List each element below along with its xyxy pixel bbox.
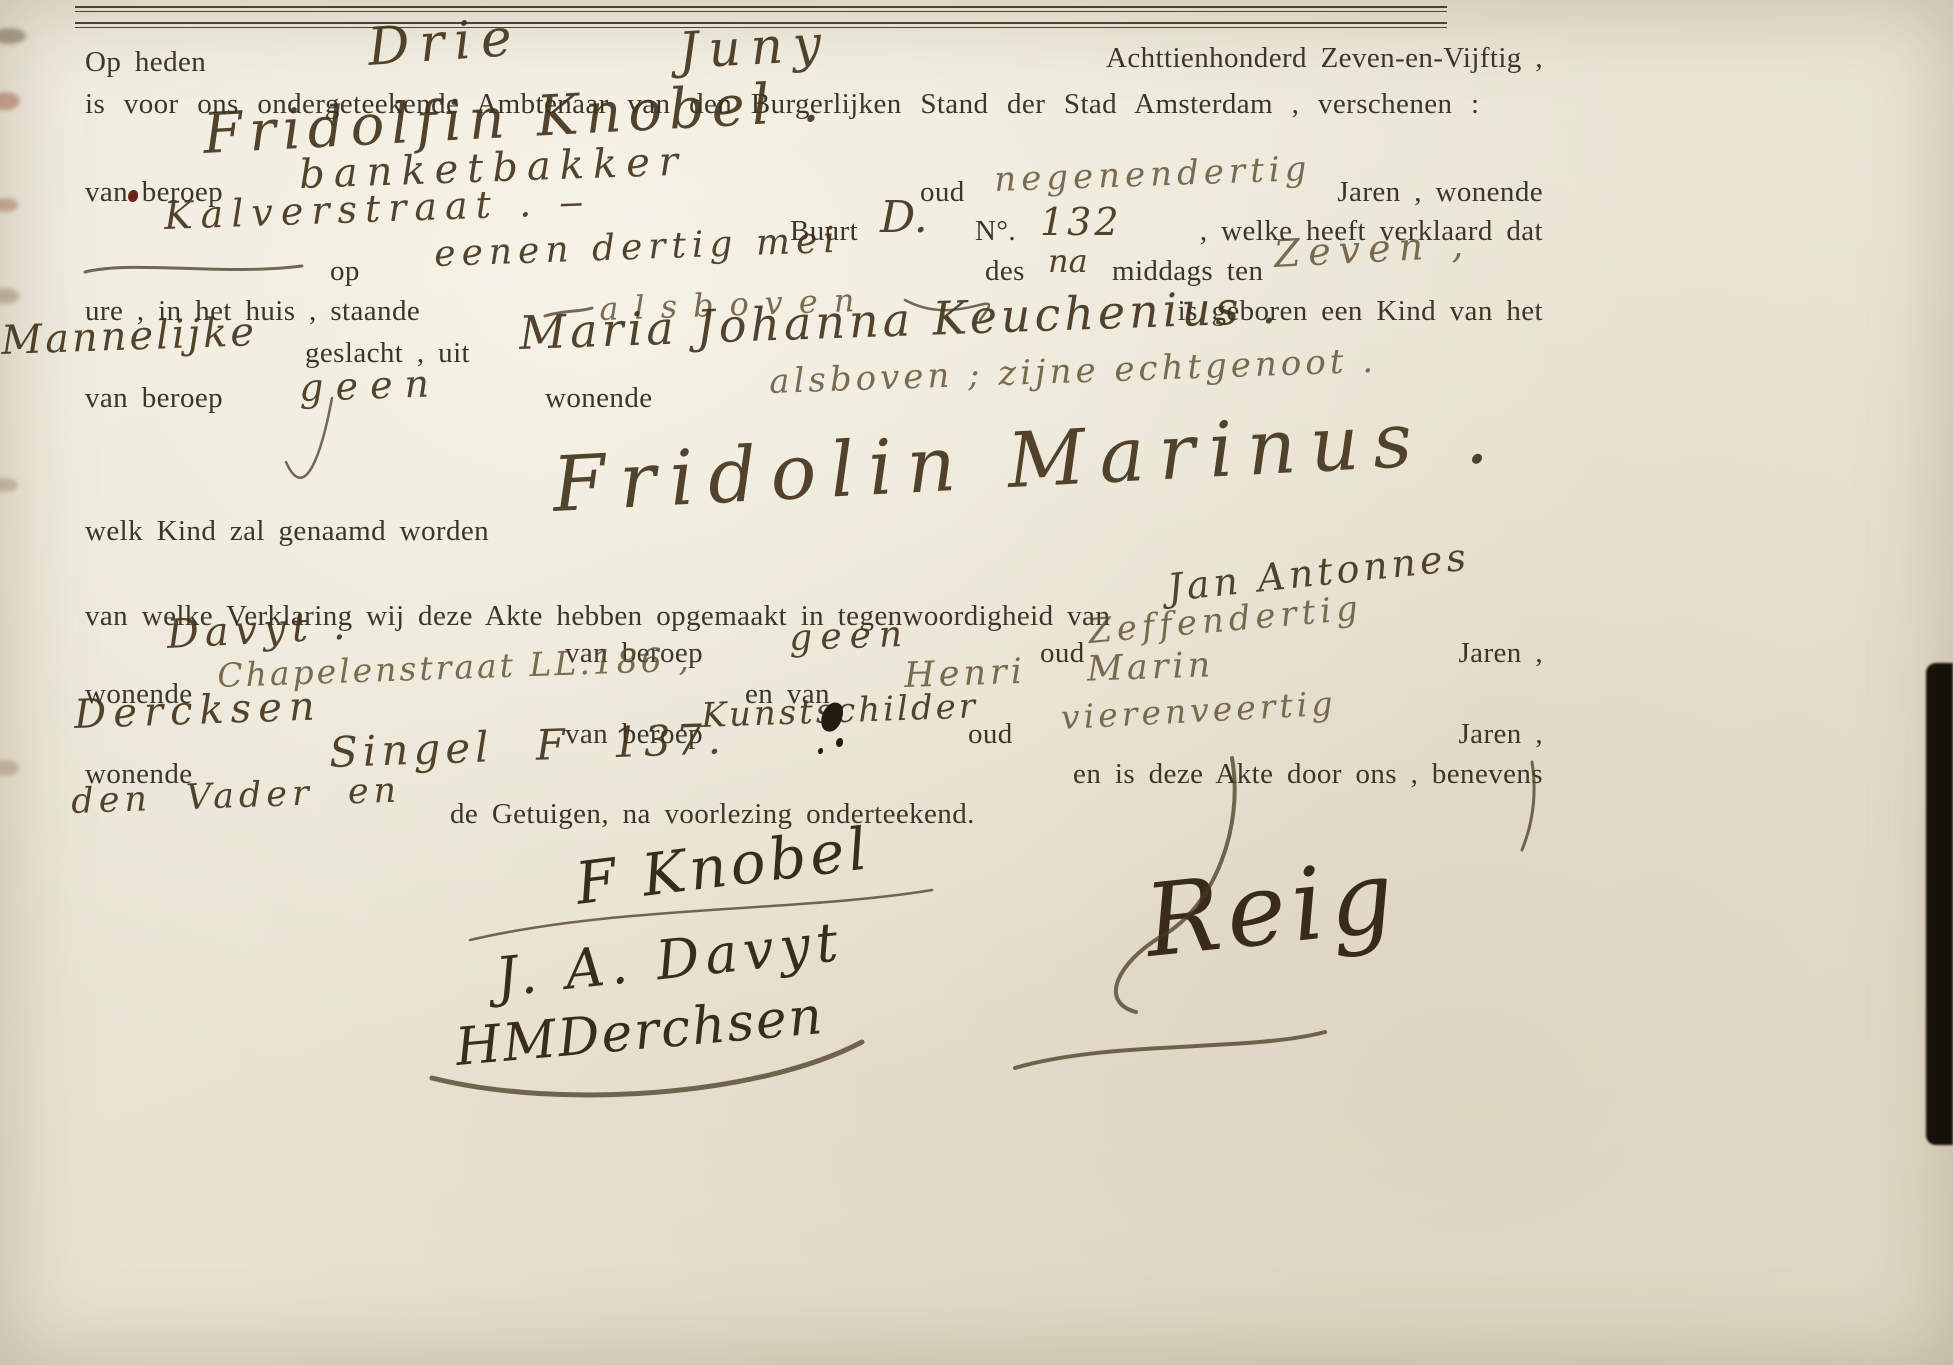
hw-birth-hour: Zeven ,	[1273, 222, 1473, 276]
page-edge-shadow	[1926, 663, 1953, 1145]
margin-bleed-mark	[0, 288, 19, 304]
hw-mother-residence: alsboven ; zijne echtgenoot .	[769, 341, 1378, 402]
hw-witness2-age: vierenveertig	[1060, 684, 1337, 737]
label-jaren-1: Jaren ,	[1459, 637, 1544, 670]
birth-certificate-scan: Op heden Drie Juny Achttienhonderd Zeven…	[0, 0, 1953, 1365]
label-van-beroep-2: van beroep	[85, 382, 223, 415]
label-getuigen: de Getuigen, na voorlezing onderteekend.	[450, 798, 975, 831]
hw-witness1-occupation: geen	[789, 614, 911, 659]
label-akte: en is deze Akte door ons , benevens	[1073, 758, 1543, 791]
label-wonende-1: wonende	[545, 382, 653, 415]
margin-bleed-mark	[0, 760, 19, 776]
label-op-heden: Op heden	[85, 46, 206, 79]
label-oud-3: oud	[968, 718, 1013, 751]
hw-na: na	[1048, 242, 1088, 280]
signature-official: Reig	[1140, 837, 1405, 980]
hw-house-number: 132	[1040, 200, 1122, 244]
hw-witness2-surname: Dercksen	[73, 683, 322, 738]
margin-bleed-mark	[0, 478, 18, 492]
margin-bleed-mark	[0, 28, 26, 44]
ink-drip-small	[818, 748, 823, 754]
hw-child-gender: Mannelijke	[0, 309, 257, 364]
label-numero: N°.	[975, 215, 1016, 248]
hw-birth-date: eenen dertig mei	[434, 220, 842, 275]
label-op: op	[330, 255, 360, 288]
top-rule-upper	[75, 6, 1447, 12]
margin-bleed-mark	[0, 198, 18, 212]
hw-declarant-address: Kalverstraat . ‒	[163, 179, 592, 238]
hw-district-letter: D.	[880, 192, 928, 243]
label-jaren-2: Jaren ,	[1459, 718, 1544, 751]
label-jaren-wonende: Jaren , wonende	[1337, 176, 1543, 209]
hw-day: Drie	[366, 7, 524, 78]
hw-child-name: Fridolin Marinus .	[550, 390, 1504, 529]
label-des: des	[985, 255, 1025, 288]
ink-drip	[836, 738, 843, 747]
hw-witness2-address: Singel F 137.	[328, 714, 726, 777]
label-year: Achttienhonderd Zeven-en-Vijftig ,	[1106, 42, 1543, 75]
label-welk-kind: welk Kind zal genaamd worden	[85, 515, 489, 548]
hw-declarant-age: negenendertig	[994, 149, 1312, 200]
hw-witness1-surname: Davyt .	[166, 602, 353, 658]
hw-mother-occupation: geen	[298, 361, 441, 410]
margin-bleed-mark	[0, 92, 20, 110]
